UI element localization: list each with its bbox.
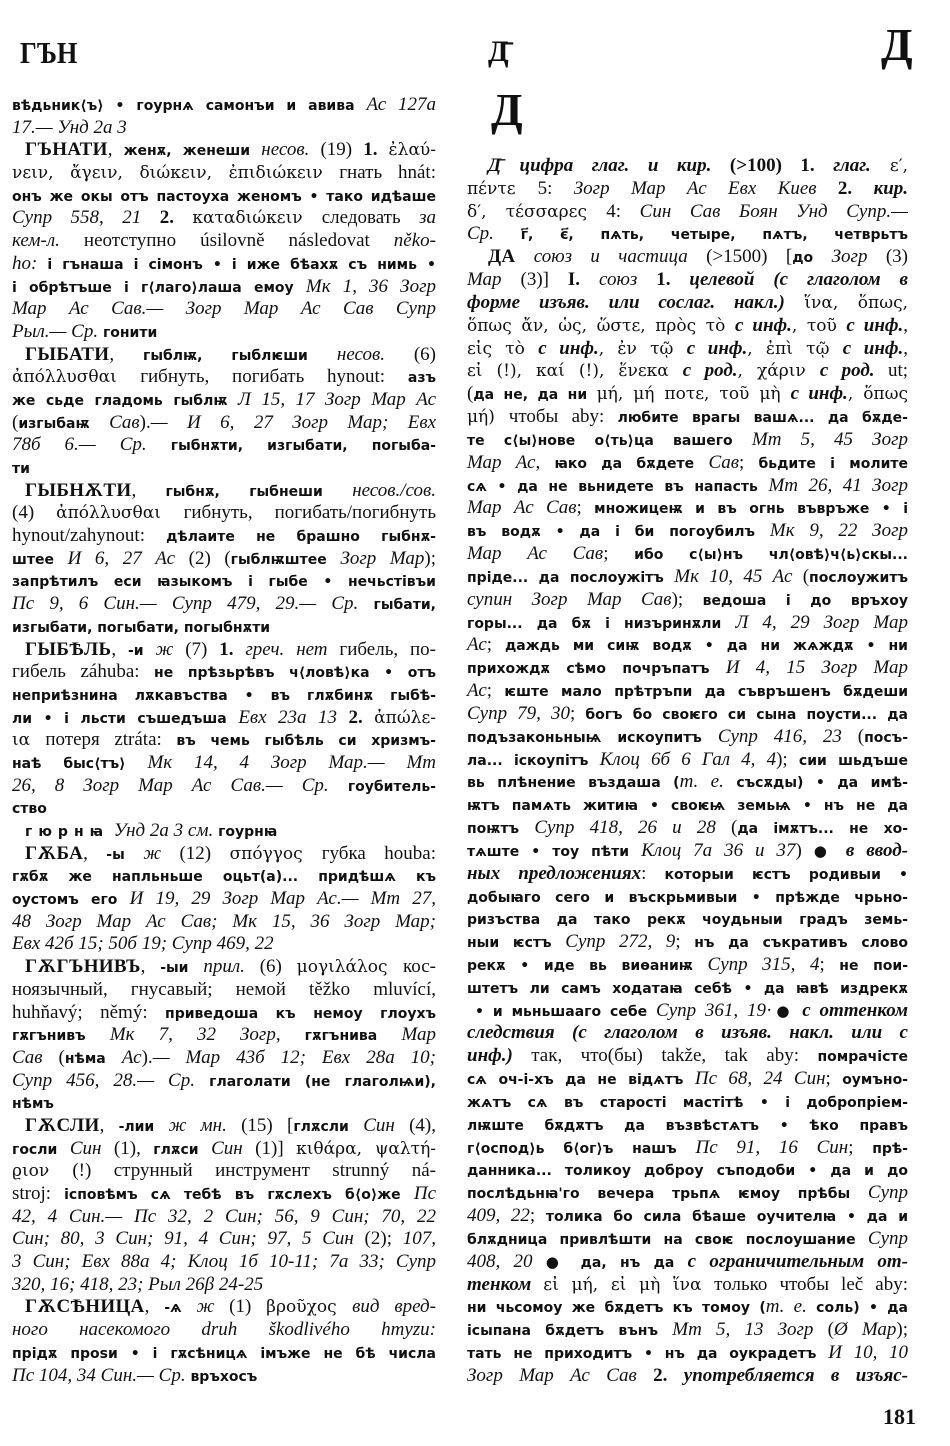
text-line: вѣдьник⟨ъ⟩ • гоурнѧ самонъи и авива Ас 1… <box>12 94 436 117</box>
slavonic-text: толика бо сила бѣаше оучителꙗ • да и <box>546 1209 908 1225</box>
text-line: hynout/zahynout: дѣлаите не брашно гыбнѫ… <box>12 525 436 548</box>
text-line: блѫдница привлѣшти на своѥ послоушание С… <box>467 1228 908 1251</box>
plain-text: ; <box>739 452 758 473</box>
italic-text: — И 6, 27 Зогр Мар; Евх <box>151 412 436 433</box>
italic-text: 320, 16; 418, 23; Рыл 26β 24-25 <box>12 1274 263 1295</box>
slavonic-text: ла... іскоупітъ <box>467 753 600 769</box>
italic-text: 48 Зогр Мар Ас Сав; Мк 15, 36 Зогр Мар; <box>12 911 436 932</box>
text-line: 26, 8 Зогр Мар Ас Сав.— Ср. гоубитель- <box>12 775 436 798</box>
slavonic-text: глаголати (не глаголѩи), <box>195 1074 436 1090</box>
text-line: 78б 6.— Ср. гыбнѫти, изгыбати, погыба- <box>12 434 436 457</box>
headword: ГѪБА <box>25 843 83 864</box>
plain-text: ; <box>675 931 694 952</box>
headword: ГЫБАТИ <box>25 344 109 365</box>
slavonic-text: дѣлаите не брашно гыбнѫ- <box>166 529 436 545</box>
slavonic-text: гыбати, <box>358 597 436 613</box>
plain-text: , <box>141 956 161 977</box>
text-line: ноязычный, гнусавый; немой těžko mluvící… <box>12 979 436 1002</box>
italic-text: Мк 1, 36 Зогр <box>306 276 436 297</box>
italic-text: Син <box>211 1138 243 1159</box>
slavonic-text: глѫси <box>153 1142 211 1158</box>
plain-text: ; <box>826 1068 843 1089</box>
slavonic-text: сѧ • да не вьнидете въ напасть <box>467 479 768 495</box>
plain-text: ; <box>570 703 585 724</box>
italic-text: Зогр <box>832 246 868 267</box>
text-line: подъзаконьныѩ искоупитъ Супр 416, 23 (по… <box>467 726 908 749</box>
headword: ГѪСЛИ <box>25 1115 100 1136</box>
italic-text: Клоц 6б 6 Гал 4, 4 <box>600 749 776 770</box>
text-line: гѫбѫ же напльньше оцьт(а)... придѣшѧ къ <box>12 865 436 888</box>
italic-text: 409, 22 <box>467 1205 530 1226</box>
greek-text: ἵνα, ὅπως, <box>785 293 908 313</box>
plain-text: (>1500) [ <box>688 246 792 267</box>
plain-text <box>670 269 689 290</box>
text-line: 408, 20 ● да, нъ да с ограничительным от… <box>467 1251 908 1274</box>
text-line: • и мьньшааго себе Супр 361, 19·● с отте… <box>467 1000 908 1023</box>
plain-text: (3)] <box>502 269 568 290</box>
plain-text: ноязычный, гнусавый; немой těžko mluvící… <box>12 979 436 1000</box>
text-line: прихождѫ сѣмо почръпатъ И 4, 15 Зогр Мар <box>467 657 908 680</box>
plain-text: следовать <box>322 207 419 228</box>
headword: ГѪГЪНИВЪ <box>25 956 141 977</box>
text-line: ных предложениях: которыи ѥстъ родивыи • <box>467 863 908 886</box>
slavonic-text: штетъ ли самъ ходатаꙗ себѣ • да ꙗвѣ издр… <box>467 981 908 997</box>
italic-text: ho: <box>12 253 37 274</box>
text-line: Пс 9, 6 Син.— Супр 479, 29.— Ср. гыбати, <box>12 593 436 616</box>
text-line: вь плѣнение въздаша (т. е. съсѫды) • да … <box>467 771 908 794</box>
plain-text: 5: <box>538 178 574 199</box>
italic-text: Ø Мар <box>834 1319 896 1340</box>
plain-text: ); <box>776 749 799 770</box>
italic-text: вид вред- <box>352 1296 436 1317</box>
section-letter: Д <box>491 87 523 133</box>
text-line: Мар Ас Сав.— Зогр Мар Ас Сав Супр <box>12 298 436 321</box>
bold-text: (>100) 1. <box>711 155 833 176</box>
entry-start-line: ГѪБА, -ы ж (12) σπόγγος губка houba: <box>12 843 436 866</box>
italic-text: Зогр Мар Ас Евх Киев <box>574 178 838 199</box>
slavonic-text: помрачісте <box>817 1049 908 1065</box>
slavonic-text: вь плѣнение въздаша ( <box>467 775 680 791</box>
slavonic-text: поѭтъ <box>467 821 534 837</box>
slavonic-text: ведоша і до връхоу <box>703 593 908 609</box>
plain-text: (2); <box>354 1228 403 1249</box>
slavonic-text: гѫгънивъ <box>12 1028 110 1044</box>
plain-text: гнать hnát: <box>339 162 436 183</box>
italic-text: Сав <box>109 412 140 433</box>
slavonic-text: штее <box>12 552 68 568</box>
plain-text: huhňavý; němý: <box>12 1002 165 1023</box>
text-line: ϱιον (!) струнный инструмент strunný ná- <box>12 1160 436 1183</box>
greek-text: εἰς τὸ <box>467 339 538 359</box>
slavonic-text: ісыпана бѫдетъ вънъ <box>467 1323 672 1339</box>
slavonic-text: богъ бо своѥго си сына поусти... да <box>585 707 908 723</box>
plain-text: гибнуть, погибать/погибнуть <box>184 502 436 523</box>
text-line: супин Зогр Мар Сав); ведоша і до връхоу <box>467 589 908 612</box>
italic-text: ж <box>156 639 174 660</box>
plain-text: ; <box>603 543 634 564</box>
plain-text: (6) <box>385 344 436 365</box>
slavonic-text: лѭште бѫдѫтъ да възвѣстѧтъ • ѣко правъ <box>467 1118 908 1134</box>
slavonic-text: которыи ѥстъ родивыи • <box>664 867 908 883</box>
text-line: тать не приходитъ • нъ да оукрадетъ И 10… <box>467 1342 908 1365</box>
slavonic-text: рекѫ • иде вь виѳаниѭ <box>467 958 708 974</box>
italic-text: Ас <box>122 1047 142 1068</box>
plain-text <box>852 178 873 199</box>
plain-text: ); <box>424 548 436 569</box>
italic-text: Зогр Мар Ас Сав <box>467 1365 653 1386</box>
headword: ГѪСѢНИЦА <box>25 1296 145 1317</box>
italic-text: Зогр Мар <box>340 548 424 569</box>
text-line: Ср. г҃, є҃, пѧть, четыре, пѧтъ, четврьтъ <box>467 223 908 246</box>
slavonic-text: множицеѭ и въ огнь въвръже • і <box>594 501 908 517</box>
slavonic-text: -ы <box>106 847 143 863</box>
plain-text: только чтобы leč aby: <box>714 1274 908 1295</box>
headword: ДА <box>488 246 515 267</box>
entry-start-line: ДА союз и частица (>1500) [до Зогр (3) <box>467 246 908 269</box>
slavonic-text: гоурнꙗ <box>213 824 277 840</box>
slavonic-text: госли <box>12 1142 70 1158</box>
italic-text: Супр <box>868 1182 908 1203</box>
greek-text: νειν, ἄγειν, διώκειν, ἐπιδιώκειν <box>12 163 339 183</box>
text-line: же сьде гладомь гыблѭ Л 15, 17 Зогр Мар … <box>12 389 436 412</box>
greek-text: μογιλάλος <box>297 957 403 977</box>
italic-text: за <box>419 207 436 228</box>
plain-text: (19) <box>309 139 363 160</box>
text-line: поѭтъ Супр 418, 26 и 28 (да імѫтъ... не … <box>467 817 908 840</box>
italic-text: союз <box>599 269 637 290</box>
text-line: Мар Ас Сав; множицеѭ и въ огнь въвръже •… <box>467 497 908 520</box>
slavonic-text: гыблѭштее <box>231 552 341 568</box>
text-line: Супр 456, 28.— Ср. глаголати (не глаголѩ… <box>12 1070 436 1093</box>
italic-text: Л 4, 29 Зогр Мар <box>735 612 908 633</box>
text-line: г⟨оспод⟩ь б⟨ог⟩ъ нашъ Пс 91, 16 Син; прѣ… <box>467 1137 908 1160</box>
plain-text: ( <box>716 817 738 838</box>
text-line: ісыпана бѫдетъ вънъ Мт 5, 13 Зогр (Ø Мар… <box>467 1319 908 1342</box>
italic-text: Ср. <box>467 223 494 244</box>
text-line: пріде... да послоужітъ Мк 10, 45 Ас (пос… <box>467 566 908 589</box>
slavonic-text: горы... да бѫ і низъринѫли <box>467 616 735 632</box>
page-number: 181 <box>883 1406 916 1428</box>
italic-text: 17.— Унд 2а 3 <box>12 117 127 138</box>
running-head-right-letter: Д <box>881 22 913 68</box>
bullet-icon: ● <box>814 842 834 860</box>
slavonic-text: прихождѫ сѣмо почръпатъ <box>467 661 726 677</box>
italic-text: 78б 6.— Ср. <box>12 434 147 455</box>
grammar-label: с род. <box>683 360 738 381</box>
slavonic-text: да не, да ни <box>473 387 596 403</box>
italic-text: Мк 14, 4 Зогр Мар.— Мт <box>147 752 436 773</box>
slavonic-text: ныи ѥстъ <box>467 935 565 951</box>
slavonic-text: пріде... да послоужітъ <box>467 570 674 586</box>
italic-text: т. е. <box>766 1296 807 1317</box>
text-line: Мар (3)] I. союз 1. целевой (с глаголом … <box>467 269 908 292</box>
italic-text: ного насекомого druh škodlivého hmyzu: <box>12 1319 436 1340</box>
running-head-numeral-letter: Д̄ <box>488 37 509 67</box>
text-line: Пс 104, 34 Син.— Ср. връхосъ <box>12 1365 436 1388</box>
grammar-label: тенком <box>467 1274 543 1295</box>
plain-text: , <box>83 843 106 864</box>
text-line: ство <box>12 797 436 820</box>
greek-text: , ἐν τῷ <box>599 339 687 359</box>
text-line: послѣдьнꙗ'го вечера трьпѧ ѥмоу прѣбы Суп… <box>467 1182 908 1205</box>
italic-text: Пс 104, 34 Син.— Ср. <box>12 1365 186 1386</box>
plain-text: неотступно úsilovně následovat <box>60 230 394 251</box>
text-line: 48 Зогр Мар Ас Сав; Мк 15, 36 Зогр Мар; <box>12 911 436 934</box>
text-line: πέντε 5: Зогр Мар Ас Евх Киев 2. кир. <box>467 178 908 201</box>
slavonic-text: любите врагы вашѧ... да бѫде- <box>618 410 908 426</box>
text-line: неприѣзнина лѫкавъства • въ глѫбинѫ гыбѣ… <box>12 684 436 707</box>
greek-text: πέντε <box>467 179 538 199</box>
text-line: Евх 42б 15; 50б 19; Супр 469, 22 <box>12 933 436 956</box>
greek-text: , ἐπὶ τῷ <box>747 339 842 359</box>
plain-text: ; <box>487 680 505 701</box>
italic-text: Рыл.— Ср. <box>12 321 98 342</box>
italic-text: Син; 80, 3 Син; 91, 4 Син; 97, 5 Син <box>12 1228 354 1249</box>
plain-text: , <box>131 480 165 501</box>
grammar-label: с оттенком <box>794 1000 909 1021</box>
italic-text: Супр 558, 21 <box>12 207 160 228</box>
slavonic-text: ли • і льсти съшедъша <box>12 711 238 727</box>
text-line: онъ же окы отъ пастоуха женомъ • тако ид… <box>12 185 436 208</box>
text-line: μή) чтобы aby: любите врагы вашѧ... да б… <box>467 406 908 429</box>
slavonic-text: -ѧ <box>164 1300 196 1316</box>
italic-text: Л 15, 17 Зогр Мар Ас <box>238 389 436 410</box>
text-line: данника... толикоу доброу съподоби • да … <box>467 1159 908 1182</box>
italic-text: Супр 272, 9 <box>565 931 675 952</box>
text-line: 17.— Унд 2а 3 <box>12 117 436 140</box>
bold-text: I. <box>568 269 580 290</box>
slavonic-text: жѧтъ сѧ въ старості мастітѣ • і добропрі… <box>467 1095 908 1111</box>
grammar-label: кир. <box>874 178 908 199</box>
plain-text: ut; <box>875 360 908 381</box>
slavonic-text: гонити <box>98 325 157 341</box>
italic-text: Ас 127а <box>366 94 436 115</box>
slavonic-text: нъ да съкративъ слово <box>694 935 908 951</box>
plain-text: 4: <box>606 201 639 222</box>
plain-text: (1) <box>214 1296 266 1317</box>
slavonic-text: нѣмъ <box>12 1096 54 1112</box>
plain-text: ). <box>140 412 151 433</box>
slavonic-text: ѭтъ памѧть житиꙗ • своѥѩ земьѩ • нъ не д… <box>467 798 908 814</box>
plain-text: так, что(бы) takže, tak aby: <box>513 1045 818 1066</box>
plain-text: чтобы aby: <box>509 406 618 427</box>
text-line: въ водѫ • да і би погоубилъ Мк 9, 22 Зог… <box>467 520 908 543</box>
slavonic-text: тать не приходитъ • нъ да оукрадетъ <box>467 1346 828 1362</box>
italic-text: Пс 9, 6 Син.— Супр 479, 29.— Ср. <box>12 593 358 614</box>
slavonic-text: сѧ оч-і-хъ да не відѧтъ <box>467 1072 695 1088</box>
italic-text: греч. нет <box>245 639 327 660</box>
slavonic-text: г҃, є҃, пѧть, четыре, пѧтъ, четврьтъ <box>494 227 908 243</box>
plain-text: (6) <box>245 956 297 977</box>
greek-text: μή, μή ποτε, τοῦ μὴ <box>597 384 791 404</box>
text-line: ного насекомого druh škodlivého hmyzu: <box>12 1319 436 1342</box>
entry-start-line: ГЫБНѪТИ, гыбнѫ, гыбнеши несов./сов. <box>12 480 436 503</box>
italic-text: Пс 68, 24 Син <box>695 1068 826 1089</box>
greek-text: ὅπως ἄν, ὡς, ὥστε, πρὸς τὸ <box>467 316 735 336</box>
text-line: 3 Син; Евх 88а 4; Клоц 1б 10-11; 7а 33; … <box>12 1251 436 1274</box>
text-line: ни чьсомоу же бѫдетъ къ томоу (т. е. сол… <box>467 1296 908 1319</box>
grammar-label: с инф. <box>538 338 599 359</box>
slavonic-text: изгыбаѭ <box>18 416 109 432</box>
greek-text: ε′, <box>871 156 908 176</box>
plain-text: , <box>111 639 128 660</box>
text-line: Сав (нѣма Ас).— Мар 43б 12; Евх 28а 10; <box>12 1047 436 1070</box>
italic-text: Син Сав Боян Унд Супр.— <box>640 201 908 222</box>
slavonic-text: изгыбати, погыбати, погыбнѫти <box>12 620 270 636</box>
plain-text: ( <box>813 1319 834 1340</box>
slavonic-text: запрѣтилъ еси ꙗзыкомъ і гыбе • нечьстівъ… <box>12 574 436 590</box>
plain-text: (2) ( <box>175 548 231 569</box>
plain-text: (7) <box>173 639 219 660</box>
plain-text <box>667 1365 683 1386</box>
slavonic-text: прѣ- <box>872 1141 908 1157</box>
slavonic-text: оустомъ его <box>12 892 130 908</box>
slavonic-text: не пои- <box>839 958 908 974</box>
slavonic-text: гыбнѫ, гыбнеши <box>165 484 352 500</box>
italic-text: Мт 5, 13 Зогр <box>672 1319 813 1340</box>
plain-text: , <box>145 1296 165 1317</box>
italic-text: Мар <box>401 1024 436 1045</box>
headword: ГЫБѢЛЬ <box>25 639 111 660</box>
entry-start-line: ГѪСѢНИЦА, -ѧ ж (1) βροῦχος вид вред- <box>12 1296 436 1319</box>
slavonic-text: онъ же окы отъ пастоуха женомъ • тако ид… <box>12 189 436 205</box>
italic-text: 42, 4 Син.— Пс 32, 2 Син; 56, 9 Син; 70,… <box>12 1206 436 1227</box>
slavonic-text: не прѣзьрѣвъ ч⟨ловѣ⟩ка • отъ <box>154 665 436 681</box>
text-line: Син; 80, 3 Син; 91, 4 Син; 97, 5 Син (2)… <box>12 1228 436 1251</box>
slavonic-text: неприѣзнина лѫкавъства • въ глѫбинѫ гыбѣ… <box>12 688 436 704</box>
text-line: νειν, ἄγειν, διώκειν, ἐπιδιώκειν гнать h… <box>12 162 436 185</box>
slavonic-text: послѣдьнꙗ'го вечера трьпѧ ѥмоу прѣбы <box>467 1186 868 1202</box>
slavonic-text: послоужитъ <box>809 570 908 586</box>
text-line: Супр 558, 21 2. καταδιώκειν следовать за <box>12 207 436 230</box>
slavonic-text: г⟨оспод⟩ь б⟨ог⟩ъ нашъ <box>467 1141 696 1157</box>
greek-text: δ′, τέσσαρες <box>467 202 606 222</box>
slavonic-text: азъ <box>408 370 436 386</box>
text-line: huhňavý; němý: приведоша къ немоу глоухъ <box>12 1002 436 1025</box>
italic-text: союз и частица <box>534 246 688 267</box>
greek-text: ἀπώλε- <box>374 708 436 728</box>
slavonic-text: въ чемь гыбѣль си хризмъ- <box>176 733 436 749</box>
text-line: жѧтъ сѧ въ старості мастітѣ • і добропрі… <box>467 1091 908 1114</box>
italic-text: — Мар 43б 12; Евх 28а 10; <box>153 1047 436 1068</box>
plain-text: hynout/zahynout: <box>12 525 166 546</box>
italic-text: Мар Ас <box>467 452 536 473</box>
italic-text: Мк 10, 45 Ас <box>674 566 792 587</box>
text-line: ho: і гънаша і сімонъ • і иже бѣахѫ съ н… <box>12 253 436 276</box>
slavonic-text: блѫдница привлѣшти на своѥ послоушание <box>467 1232 868 1248</box>
italic-text: ж <box>143 843 161 864</box>
plain-text: , <box>109 344 143 365</box>
text-line: оустомъ его И 19, 29 Зогр Мар Ас.— Мт 27… <box>12 888 436 911</box>
bold-text: 2. <box>653 1365 667 1386</box>
slavonic-text: оумъно- <box>842 1072 908 1088</box>
grammar-label: с инф. <box>843 338 904 359</box>
plain-text: ); <box>672 589 703 610</box>
plain-text: , <box>276 1024 305 1045</box>
bullet-icon: ● <box>772 1002 793 1020</box>
italic-text: Мар Ас Сав <box>467 543 603 564</box>
italic-text: Мар <box>467 269 502 290</box>
text-line: госли Син (1), глѫси Син (1)] κιθάρα, ψα… <box>12 1138 436 1161</box>
slavonic-text: -и <box>128 643 156 659</box>
grammar-label: цифра глаг. и кир. <box>520 155 712 176</box>
text-line: ѭтъ памѧть житиꙗ • своѥѩ земьѩ • нъ не д… <box>467 794 908 817</box>
greek-text: σπόγγος <box>230 844 322 864</box>
plain-text: ); <box>896 1319 908 1340</box>
slavonic-text: женѫ, женеши <box>124 143 262 159</box>
plain-text: (1), <box>101 1138 153 1159</box>
slavonic-text: ибо с⟨ы⟩нъ чл⟨овѣ⟩ч⟨ь⟩скы... <box>634 547 908 563</box>
grammar-label: с инф. <box>735 315 792 336</box>
slavonic-text: гыблѭ, гыблѥши <box>143 348 337 364</box>
slavonic-text: въ водѫ • да і би погоубилъ <box>467 524 770 540</box>
grammar-label: с род. <box>820 360 875 381</box>
italic-text: кем-л. <box>12 230 60 251</box>
plain-text <box>637 269 656 290</box>
slavonic-text: ісповѣмъ сѧ тебѣ въ гѫслехъ б⟨о⟩же <box>64 1187 414 1203</box>
plain-text: (4) <box>12 502 56 523</box>
grammar-label: с ограничительным от- <box>688 1251 908 1272</box>
headword: Д̄ <box>488 155 520 176</box>
slavonic-text: съсѫды) • да имѣ- <box>724 775 908 791</box>
text-line: гѫгънивъ Мк 7, 32 Зогр, гѫгънива Мар <box>12 1024 436 1047</box>
slavonic-text: тѧште • тоу пѣти <box>467 844 641 860</box>
grammar-label: в ввод- <box>834 840 908 861</box>
right-column: Д̄ цифра глаг. и кир. (>100) 1. глаг. ε′… <box>467 155 908 1388</box>
text-line: εἰς τὸ с инф., ἐν τῷ с инф., ἐπὶ τῷ с ин… <box>467 338 908 361</box>
slavonic-text: приведоша къ немоу глоухъ <box>165 1006 436 1022</box>
entry-start-line: ГЫБАТИ, гыблѭ, гыблѥши несов. (6) <box>12 344 436 367</box>
running-head-left: ГЪН <box>20 37 77 68</box>
headword: ГЫБНѪТИ <box>25 480 131 501</box>
text-line: запрѣтилъ еси ꙗзыкомъ і гыбе • нечьстівъ… <box>12 570 436 593</box>
italic-text: несов. <box>261 139 309 160</box>
italic-text: Син <box>363 1115 395 1136</box>
slavonic-text: те с⟨ы⟩нове о⟨ть⟩ца вашего <box>467 433 752 449</box>
plain-text: ; <box>530 1205 546 1226</box>
italic-text: Унд 2а 3 см. <box>109 820 213 841</box>
plain-text: гибель záhuba: <box>12 661 154 682</box>
bold-text: 2. <box>160 207 174 228</box>
slavonic-text: ни чьсомоу же бѫдетъ къ томоу ( <box>467 1300 766 1316</box>
greek-text: βροῦχος <box>266 1297 352 1317</box>
text-line: δ′, τέσσαρες 4: Син Сав Боян Унд Супр.— <box>467 201 908 224</box>
text-line: прідѫ проѕи • і гѫсѣницѧ імъже не бѣ чис… <box>12 1342 436 1365</box>
grammar-label: с инф. <box>791 383 848 404</box>
slavonic-text: бьдите і молите <box>759 456 909 472</box>
italic-text: Ас <box>467 680 487 701</box>
slavonic-text: • и мьньшааго себе <box>475 1004 656 1020</box>
entry-start-line: ГЪНАТИ, женѫ, женеши несов. (19) 1. ἐλαύ… <box>12 139 436 162</box>
italic-text: И 19, 29 Зогр Мар Ас.— Мт 27, <box>130 888 436 909</box>
plain-text: ; <box>819 954 839 975</box>
plain-text: ; <box>487 634 505 655</box>
slavonic-text: връхосъ <box>186 1369 258 1385</box>
grammar-label: инф.) <box>467 1045 513 1066</box>
italic-text: несов./сов. <box>352 480 436 501</box>
text-line: тенком εἰ μή, εἰ μὴ ἵνα только чтобы leč… <box>467 1274 908 1297</box>
greek-text: ια <box>12 730 45 750</box>
greek-text: εἰ (!), καί (!), ἕνεκα <box>467 361 683 381</box>
bold-text: 2. <box>348 707 362 728</box>
italic-text: Супр 418, 26 и 28 <box>534 817 716 838</box>
italic-text: 3 Син; Евх 88а 4; Клоц 1б 10-11; 7а 33; … <box>12 1251 436 1272</box>
slavonic-text: глѫсли <box>293 1119 363 1135</box>
plain-text: ( <box>43 1047 65 1068</box>
text-line: Ас; даждь ми сиѭ водѫ • да ни жѧждѫ • ни <box>467 634 908 657</box>
italic-text: Евх 23а 13 <box>238 707 348 728</box>
slavonic-text: сии шьдъше <box>799 753 908 769</box>
